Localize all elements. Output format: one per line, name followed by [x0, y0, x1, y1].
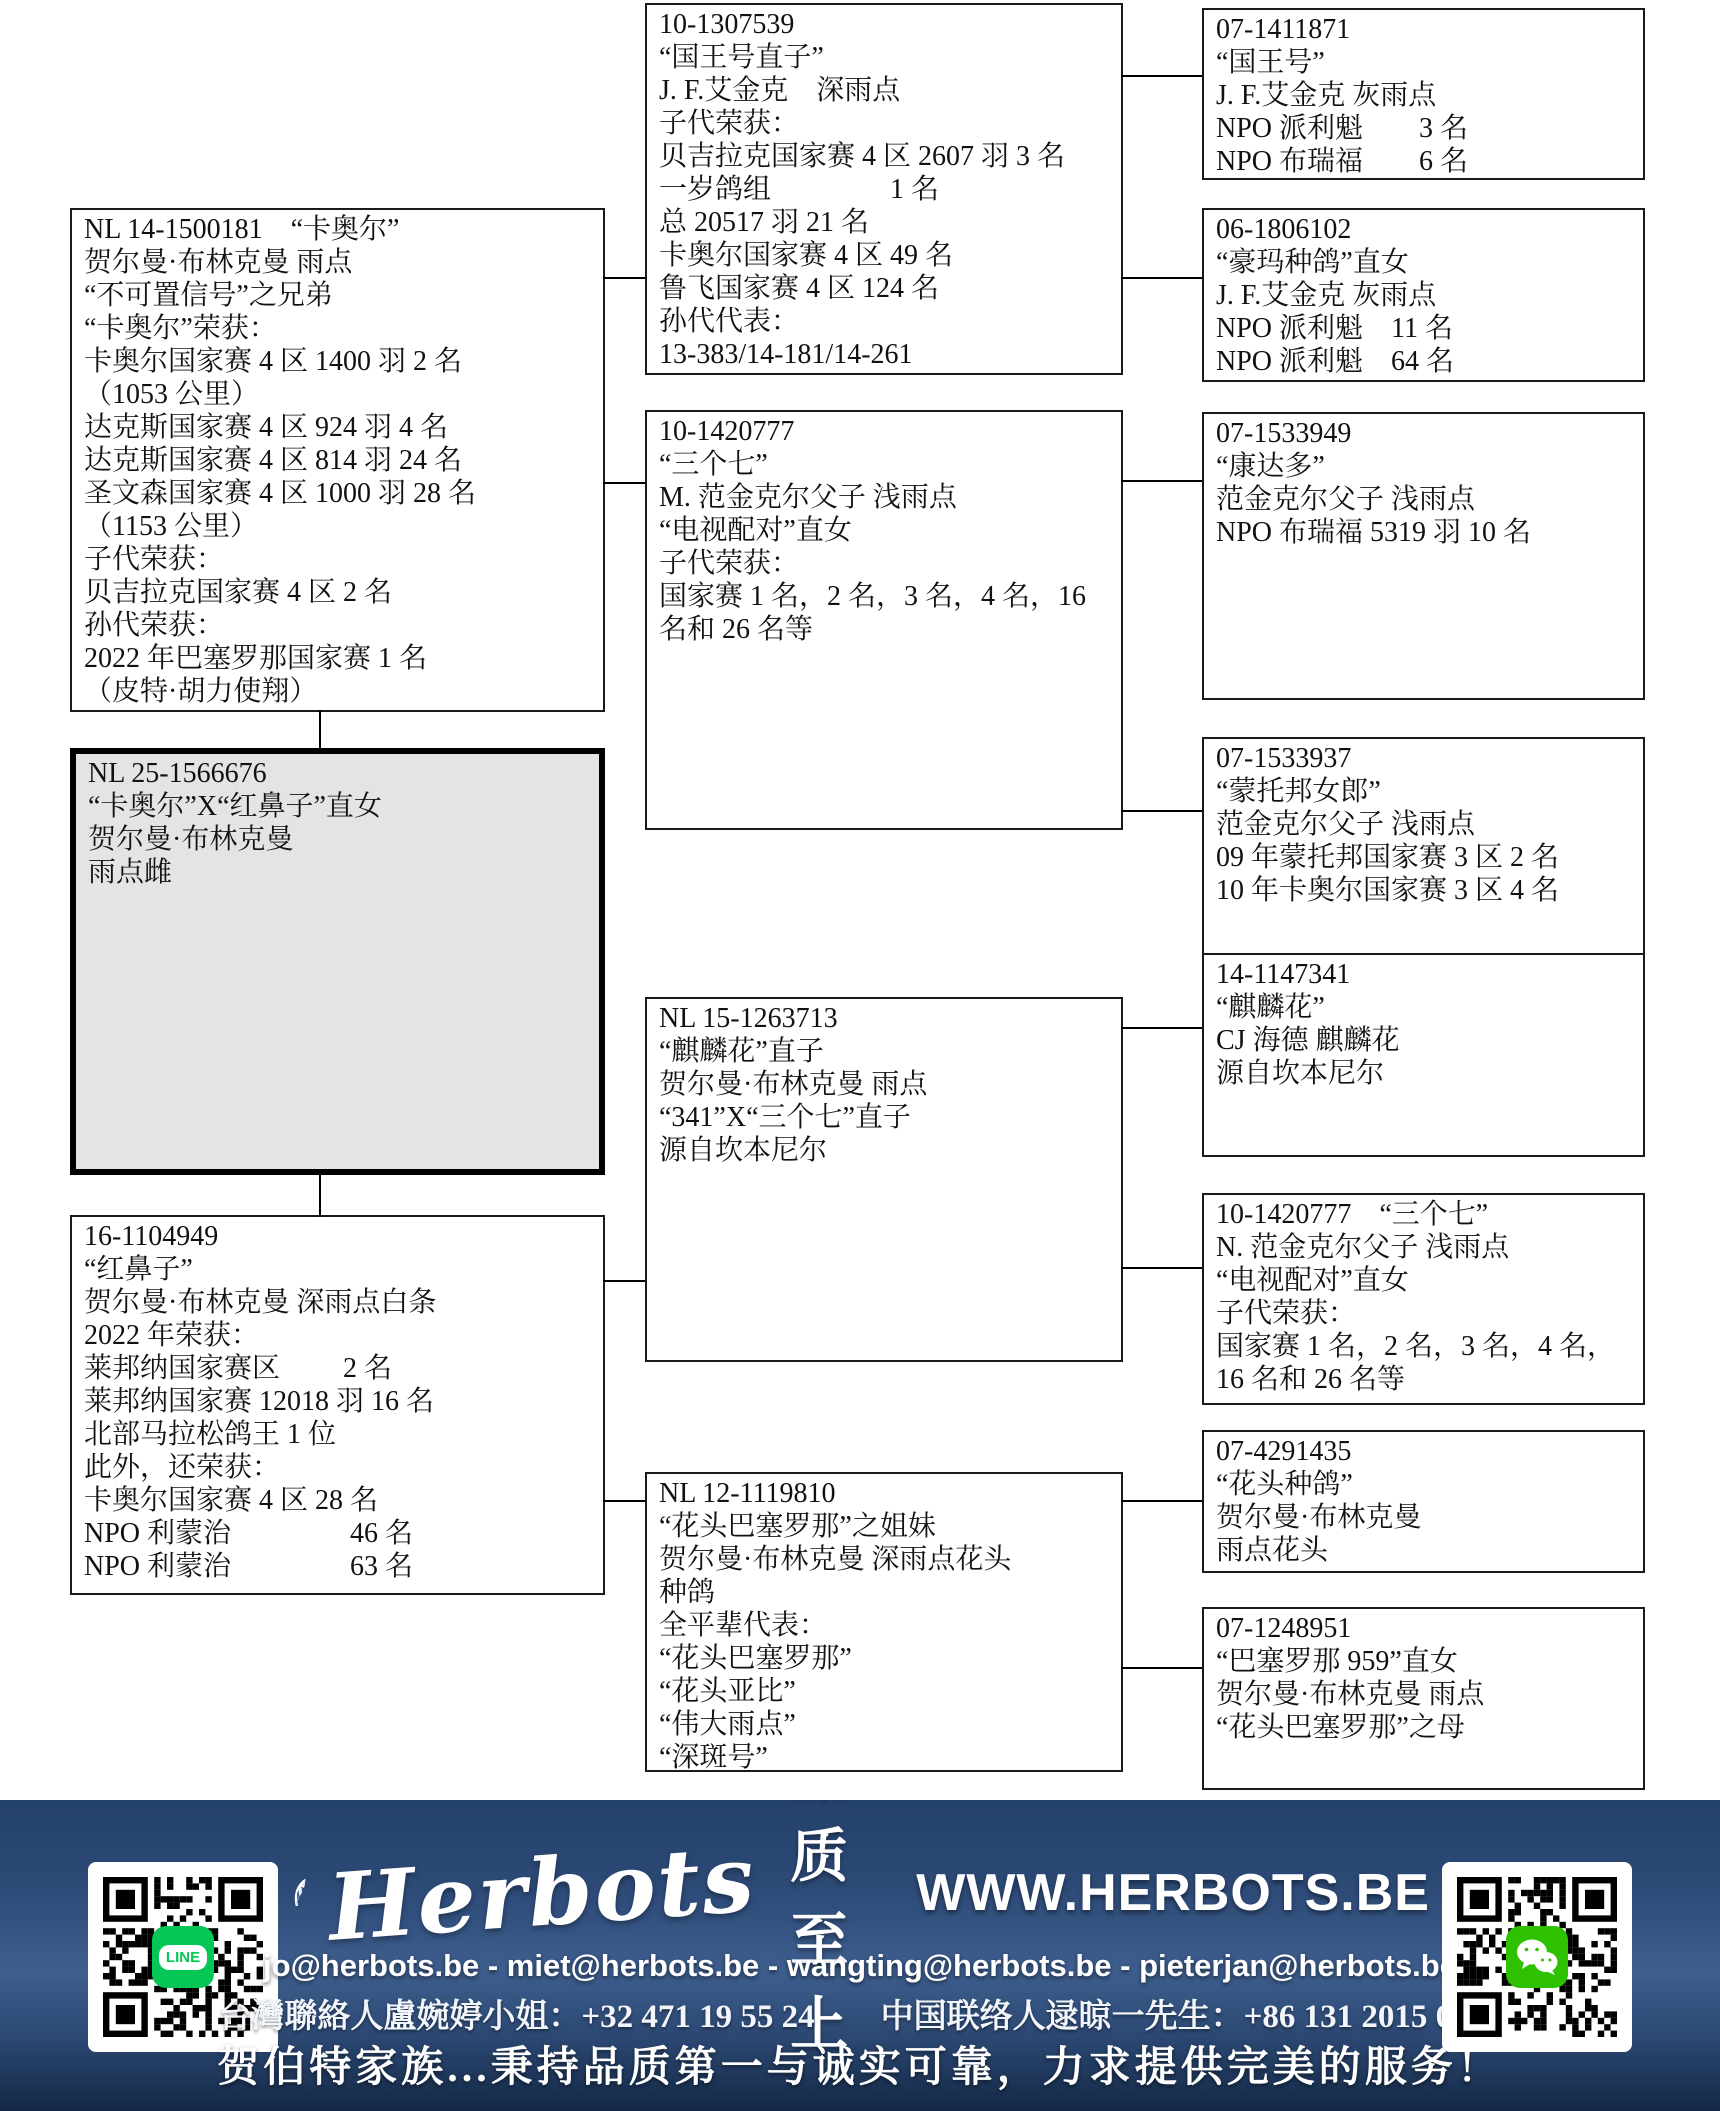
pedigree-box-sire: NL 14-1500181 “卡奥尔” 贺尔曼·布林克曼 雨点 “不可置信号”之… — [70, 208, 605, 712]
connector-sire-to-pgd — [603, 482, 645, 484]
connector-pgd-to-gg4 — [1121, 810, 1202, 812]
pedigree-page: { "boxes": { "sire": { "text": "NL 14-15… — [0, 0, 1720, 2111]
wechat-qr-code — [1442, 1862, 1632, 2052]
connector-sire-to-pgs — [603, 277, 645, 279]
pedigree-box-subject: NL 25-1566676 “卡奥尔”X“红鼻子”直女 贺尔曼·布林克曼 雨点雌 — [70, 748, 605, 1175]
connector-subject-to-dam — [319, 1173, 321, 1217]
pedigree-box-great-grandparent-1: 07-1411871 “国王号” J. F.艾金克 灰雨点 NPO 派利魁 3 … — [1202, 8, 1645, 180]
feather-icon — [277, 1847, 326, 1940]
connector-mgs-to-gg6 — [1121, 1267, 1202, 1269]
pedigree-box-great-grandparent-3: 07-1533949 “康达多” 范金克尔父子 浅雨点 NPO 布瑞福 5319… — [1202, 412, 1645, 700]
wechat-bubbles — [1514, 1937, 1560, 1977]
herbots-logo: Herbots — [325, 1824, 759, 1962]
footer-banner: LINE Herbots 品质至上 WWW.HERBOTS.BE jo@herb… — [0, 1800, 1720, 2111]
website-url: WWW.HERBOTS.BE — [916, 1863, 1430, 1923]
connector-mgs-to-gg5 — [1121, 1027, 1202, 1029]
connector-dam-to-mgs — [603, 1280, 645, 1282]
pedigree-box-dam: 16-1104949 “红鼻子” 贺尔曼·布林克曼 深雨点白条 2022 年荣获… — [70, 1215, 605, 1595]
connector-pgs-to-gg1 — [1121, 75, 1202, 77]
pedigree-box-maternal-granddam: NL 12-1119810 “花头巴塞罗那”之姐妹 贺尔曼·布林克曼 深雨点花头… — [645, 1472, 1123, 1772]
pedigree-box-great-grandparent-2: 06-1806102 “豪玛种鸽”直女 J. F.艾金克 灰雨点 NPO 派利魁… — [1202, 208, 1645, 382]
pedigree-chart: NL 14-1500181 “卡奥尔” 贺尔曼·布林克曼 雨点 “不可置信号”之… — [0, 0, 1720, 1800]
pedigree-box-great-grandparent-6: 10-1420777 “三个七” N. 范金克尔父子 浅雨点 “电视配对”直女 … — [1202, 1193, 1645, 1405]
connector-pgs-to-gg2 — [1121, 277, 1202, 279]
pedigree-box-great-grandparent-4: 07-1533937 “蒙托邦女郎” 范金克尔父子 浅雨点 09 年蒙托邦国家赛… — [1202, 737, 1645, 960]
pedigree-box-great-grandparent-8: 07-1248951 “巴塞罗那 959”直女 贺尔曼·布林克曼 雨点 “花头巴… — [1202, 1607, 1645, 1790]
connector-mgd-to-gg7 — [1121, 1500, 1202, 1502]
pedigree-box-great-grandparent-5: 14-1147341 “麒麟花” CJ 海德 麒麟花 源自坎本尼尔 — [1202, 953, 1645, 1157]
connector-sire-to-subject — [319, 710, 321, 750]
pedigree-box-paternal-grandsire: 10-1307539 “国王号直子” J. F.艾金克 深雨点 子代荣获： 贝吉… — [645, 3, 1123, 375]
connector-dam-to-mgd — [603, 1500, 645, 1502]
connector-pgd-to-gg3 — [1121, 480, 1202, 482]
brand-row: Herbots 品质至上 WWW.HERBOTS.BE — [290, 1838, 1430, 1948]
pedigree-box-maternal-grandsire: NL 15-1263713 “麒麟花”直子 贺尔曼·布林克曼 雨点 “341”X… — [645, 997, 1123, 1362]
connector-mgd-to-gg8 — [1121, 1667, 1202, 1669]
pedigree-box-great-grandparent-7: 07-4291435 “花头种鸽” 贺尔曼·布林克曼 雨点花头 — [1202, 1430, 1645, 1573]
pedigree-box-paternal-granddam: 10-1420777 “三个七” M. 范金克尔父子 浅雨点 “电视配对”直女 … — [645, 410, 1123, 830]
wechat-icon — [1506, 1926, 1568, 1988]
